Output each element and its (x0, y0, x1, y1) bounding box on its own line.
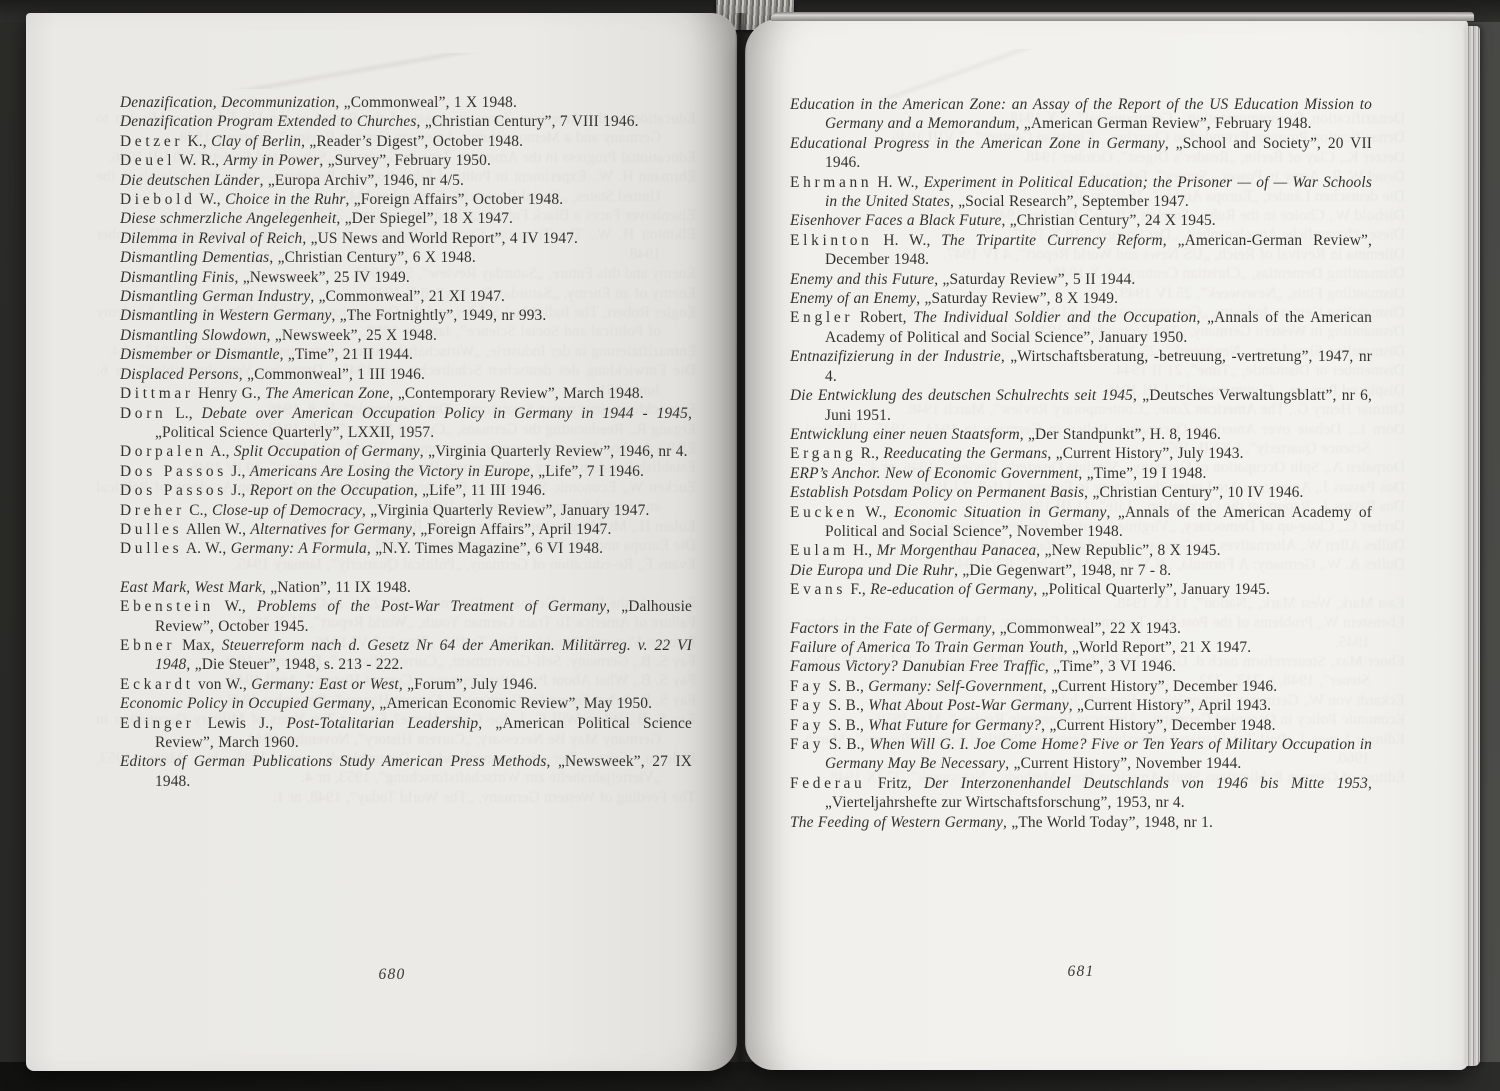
entry-source: Max, (175, 637, 221, 654)
entry-author: Engler (790, 309, 853, 326)
bib-entry: Dos Passos J., Report on the Occupation,… (120, 481, 692, 500)
bib-entry: Dulles Allen W., Alternatives for German… (120, 520, 692, 539)
bib-entry: The Feeding of Western Germany, „The Wor… (790, 813, 1372, 832)
entry-title: Germany: East or West (251, 676, 399, 693)
bib-entry: Dorpalen A., Split Occupation of Germany… (120, 442, 692, 461)
bib-entry: Fay S. B., What About Post-War Germany, … (790, 696, 1372, 715)
entry-author: Detzer (120, 133, 183, 150)
entry-title: Enemy of an Enemy (790, 290, 916, 307)
entry-title: Economic Policy in Occupied Germany (120, 695, 371, 712)
entry-author: Eucken (790, 504, 858, 521)
entry-source: , „Foreign Affairs”, April 1947. (412, 521, 612, 538)
entry-title: Mr Morgenthau Panacea (877, 542, 1037, 559)
bib-entry: Dittmar Henry G., The American Zone, „Co… (120, 384, 692, 403)
entry-title: Dismantling German Industry (120, 288, 310, 305)
entry-source: A., (207, 443, 234, 460)
entry-title: Post-Totalitarian Leadership (286, 715, 478, 732)
entry-title: Educational Progress in the American Zon… (790, 135, 1165, 152)
entry-source: , „New Republic”, 8 X 1945. (1036, 542, 1220, 559)
bibliography-column-left: Denazification, Decommunization, „Common… (120, 93, 692, 791)
entry-author: Fay (790, 678, 824, 695)
entry-source: S. B., (824, 697, 868, 714)
entry-title: Dismember or Dismantle (120, 346, 280, 363)
entry-source: S. B., (824, 717, 868, 734)
bib-entry: Editors of German Publications Study Ame… (120, 752, 692, 791)
entry-source: von W., (194, 676, 251, 693)
entry-source: , „Newsweek”, 25 X 1948. (267, 327, 437, 344)
bib-entry: Dismantling Dementias, „Christian Centur… (120, 248, 692, 267)
entry-author: Ebner (120, 637, 175, 654)
entry-source: W., (214, 598, 257, 615)
entry-source: , „Saturday Review”, 5 II 1944. (934, 271, 1135, 288)
bib-entry: Educational Progress in the American Zon… (790, 134, 1372, 173)
entry-source: , „Current History”, April 1943. (1069, 697, 1271, 714)
entry-title: Dismantling in Western Germany (120, 307, 331, 324)
entry-title: Failure of America To Train German Youth (790, 639, 1064, 656)
entry-source: S. B., (824, 678, 868, 695)
entry-title: East Mark, West Mark (120, 579, 262, 596)
entry-source: Lewis J., (195, 715, 287, 732)
bib-entry: Dismantling Finis, „Newsweek”, 25 IV 194… (120, 268, 692, 287)
entry-source: , „Social Research”, September 1947. (950, 193, 1189, 210)
entry-source: , „N.Y. Times Magazine”, 6 VI 1948. (367, 540, 603, 557)
bib-entry: Elkinton H. W., The Tripartite Currency … (790, 231, 1372, 270)
entry-source: , „Nation”, 11 IX 1948. (262, 579, 411, 596)
entry-title: Factors in the Fate of Germany (790, 620, 992, 637)
entry-author: Federau (790, 775, 865, 792)
bib-entry: Denazification, Decommunization, „Common… (120, 93, 692, 112)
book-gutter-shadow (735, 13, 747, 1071)
entry-source: , „Time”, 21 II 1944. (280, 346, 413, 363)
bib-entry: Enemy of an Enemy, „Saturday Review”, 8 … (790, 289, 1372, 308)
entry-author: Dreher (120, 502, 185, 519)
bib-entry: Dilemma in Revival of Reich, „US News an… (120, 229, 692, 248)
bib-entry: Deuel W. R., Army in Power, „Survey”, Fe… (120, 151, 692, 170)
entry-author: Dulles (120, 540, 182, 557)
bibliography-column-right: Education in the American Zone: an Assay… (790, 95, 1372, 832)
entry-title: ERP’s Anchor. New of Economic Government (790, 465, 1078, 482)
bib-entry: Ehrmann H. W., Experiment in Political E… (790, 173, 1372, 212)
bib-entry: Dismember or Dismantle, „Time”, 21 II 19… (120, 345, 692, 364)
bib-entry: Ebenstein W., Problems of the Post-War T… (120, 597, 692, 636)
entry-title: Dismantling Slowdown (120, 327, 267, 344)
entry-title: Die Europa und Die Ruhr (790, 562, 954, 579)
entry-source: Robert, (853, 309, 913, 326)
entry-source: , „Saturday Review”, 8 X 1949. (916, 290, 1118, 307)
entry-source: W., (195, 191, 225, 208)
entry-title: The Individual Soldier and the Occupatio… (913, 309, 1196, 326)
entry-title: Problems of the Post-War Treatment of Ge… (257, 598, 606, 615)
entry-source: , „Commonweal”, 1 III 1946. (239, 366, 425, 383)
bib-entry: Evans F., Re-education of Germany, „Poli… (790, 580, 1372, 599)
entry-title: Split Occupation of Germany (234, 443, 420, 460)
entry-title: Choice in the Ruhr (225, 191, 345, 208)
entry-title: Der Interzonenhandel Deutschlands von 19… (924, 775, 1368, 792)
entry-source: Henry G., (194, 385, 265, 402)
entry-source: , „Reader’s Digest”, October 1948. (301, 133, 523, 150)
bib-entry: Diese schmerzliche Angelegenheit, „Der S… (120, 209, 692, 228)
entry-title: Dilemma in Revival of Reich (120, 230, 302, 247)
bib-entry: Eckardt von W., Germany: East or West, „… (120, 675, 692, 694)
bib-entry: Dismantling Slowdown, „Newsweek”, 25 X 1… (120, 326, 692, 345)
entry-title: Entwicklung einer neuen Staatsform (790, 426, 1020, 443)
entry-author: Fay (790, 697, 824, 714)
entry-author: Ergang (790, 445, 856, 462)
entry-title: What Future for Germany? (868, 717, 1041, 734)
entry-source: , „World Report”, 21 X 1947. (1064, 639, 1252, 656)
entry-author: Eulam (790, 542, 849, 559)
bib-entry: Denazification Program Extended to Churc… (120, 112, 692, 131)
entry-source: J., (227, 463, 250, 480)
entry-title: Reeducating the Germans (883, 445, 1047, 462)
entry-title: Alternatives for Germany (250, 521, 412, 538)
entry-source: , „Christian Century”, 7 VIII 1946. (417, 113, 639, 130)
entry-title: Diese schmerzliche Angelegenheit (120, 210, 336, 227)
entry-source: , „American Economic Review”, May 1950. (371, 695, 652, 712)
entry-author: Fay (790, 717, 824, 734)
entry-author: Dorpalen (120, 443, 207, 460)
entry-author: Elkinton (790, 232, 873, 249)
bib-entry: Federau Fritz, Der Interzonenhandel Deut… (790, 774, 1372, 813)
entry-author: Evans (790, 581, 846, 598)
entry-source: , „Life”, 11 III 1946. (414, 482, 546, 499)
bib-entry: Education in the American Zone: an Assay… (790, 95, 1372, 134)
bib-entry: Factors in the Fate of Germany, „Commonw… (790, 619, 1372, 638)
bib-entry: Eulam H., Mr Morgenthau Panacea, „New Re… (790, 541, 1372, 560)
bib-entry: Ebner Max, Steuerreform nach d. Gesetz N… (120, 636, 692, 675)
entry-source: , „Survey”, February 1950. (319, 152, 491, 169)
entry-source: , „Christian Century”, 10 IV 1946. (1084, 484, 1303, 501)
bib-entry: Entnazifizierung in der Industrie, „Wirt… (790, 347, 1372, 386)
entry-source: R., (856, 445, 883, 462)
page-number-left: 680 (120, 966, 664, 984)
left-page: Education in the American Zone: an Assay… (26, 13, 737, 1071)
entry-source: , „Europa Archiv”, 1946, nr 4/5. (260, 172, 464, 189)
entry-source: , „Commonweal”, 1 X 1948. (335, 94, 517, 111)
entry-source: , „Time”, 3 VI 1946. (1045, 658, 1176, 675)
entry-author: Edinger (120, 715, 195, 732)
bib-entry: Enemy and this Future, „Saturday Review”… (790, 270, 1372, 289)
entry-source: L., (166, 405, 201, 422)
entry-title: Die deutschen Länder (120, 172, 260, 189)
entry-source: S. B., (824, 736, 869, 753)
bib-entry: Fay S. B., Germany: Self-Government, „Cu… (790, 677, 1372, 696)
entry-title: Dismantling Dementias (120, 249, 269, 266)
entry-source: , „Time”, 19 I 1948. (1078, 465, 1206, 482)
entry-author: Deuel (120, 152, 175, 169)
entry-source: , „Virginia Quarterly Review”, 1946, nr … (420, 443, 688, 460)
entry-author: Eckardt (120, 676, 194, 693)
entry-title: Displaced Persons (120, 366, 239, 383)
entry-source: H. W., (872, 174, 923, 191)
entry-author: Dittmar (120, 385, 194, 402)
entry-source: , „Political Quarterly”, January 1945. (1033, 581, 1270, 598)
entry-source: , „Commonweal”, 21 XI 1947. (310, 288, 505, 305)
bib-entry: Dulles A. W., Germany: A Formula, „N.Y. … (120, 539, 692, 558)
entry-title: Economic Situation in Germany (894, 504, 1106, 521)
entry-source: , „Life”, 7 I 1946. (530, 463, 644, 480)
entry-source: , „The World Today”, 1948, nr 1. (1003, 814, 1213, 831)
entry-author: Ehrmann (790, 174, 872, 191)
entry-source: , „US News and World Report”, 4 IV 1947. (302, 230, 578, 247)
entry-source: Fritz, (865, 775, 924, 792)
entry-author: Dos Passos (120, 482, 227, 499)
entry-source: W., (858, 504, 894, 521)
bib-entry: Fay S. B., When Will G. I. Joe Come Home… (790, 735, 1372, 774)
bib-entry: Dorn L., Debate over American Occupation… (120, 404, 692, 443)
entry-title: Army in Power (224, 152, 320, 169)
bib-entry: Dismantling in Western Germany, „The For… (120, 306, 692, 325)
bib-entry: Entwicklung einer neuen Staatsform, „Der… (790, 425, 1372, 444)
entry-source: , „Die Steuer”, 1948, s. 213 - 222. (186, 656, 403, 673)
bib-entry: Edinger Lewis J., Post-Totalitarian Lead… (120, 714, 692, 753)
entry-title: Close-up of Democracy (212, 502, 362, 519)
entry-title: Establish Potsdam Policy on Permanent Ba… (790, 484, 1084, 501)
entry-author: Ebenstein (120, 598, 214, 615)
entry-title: Debate over American Occupation Policy i… (202, 405, 688, 422)
entry-source: , „Die Gegenwart”, 1948, nr 7 - 8. (954, 562, 1171, 579)
entry-source: , „The Fortnightly”, 1949, nr 993. (331, 307, 546, 324)
entry-source: , „Contemporary Review”, March 1948. (390, 385, 644, 402)
entry-source: , „Christian Century”, 24 X 1945. (1001, 212, 1215, 229)
entry-source: , „Der Standpunkt”, H. 8, 1946. (1020, 426, 1221, 443)
bib-entry: Die deutschen Länder, „Europa Archiv”, 1… (120, 171, 692, 190)
entry-author: Dorn (120, 405, 166, 422)
bib-entry: Eucken W., Economic Situation in Germany… (790, 503, 1372, 542)
entry-title: Americans Are Losing the Victory in Euro… (250, 463, 530, 480)
bib-entry: Economic Policy in Occupied Germany, „Am… (120, 694, 692, 713)
entry-source: , „Forum”, July 1946. (399, 676, 537, 693)
entry-source: , „Current History”, December 1946. (1043, 678, 1277, 695)
entry-title: Entnazifizierung in der Industrie (790, 348, 1001, 365)
entry-title: Clay of Berlin (211, 133, 301, 150)
entry-title: The American Zone (265, 385, 389, 402)
entry-title: Denazification, Decommunization (120, 94, 335, 111)
bib-entry: Displaced Persons, „Commonweal”, 1 III 1… (120, 365, 692, 384)
bib-entry: Fay S. B., What Future for Germany?, „Cu… (790, 716, 1372, 735)
entry-title: Dismantling Finis (120, 269, 235, 286)
page-stack-fore-edge (1466, 26, 1480, 1066)
entry-title: The Feeding of Western Germany (790, 814, 1003, 831)
entry-author: Dos Passos (120, 463, 227, 480)
entry-source: , „Virginia Quarterly Review”, January 1… (362, 502, 649, 519)
entry-title: The Tripartite Currency Reform (941, 232, 1163, 249)
bib-entry: Die Entwicklung des deutschen Schulrecht… (790, 386, 1372, 425)
bib-entry: Engler Robert, The Individual Soldier an… (790, 308, 1372, 347)
entry-author: Fay (790, 736, 824, 753)
entry-source: Allen W., (182, 521, 250, 538)
bib-entry: Detzer K., Clay of Berlin, „Reader’s Dig… (120, 132, 692, 151)
entry-author: Dulles (120, 521, 182, 538)
bib-entry: ERP’s Anchor. New of Economic Government… (790, 464, 1372, 483)
entry-source: , „Newsweek”, 25 IV 1949. (235, 269, 410, 286)
entry-title: What About Post-War Germany (868, 697, 1068, 714)
bib-entry: Ergang R., Reeducating the Germans, „Cur… (790, 444, 1372, 463)
bib-entry: Eisenhover Faces a Black Future, „Christ… (790, 211, 1372, 230)
entry-title: Eisenhover Faces a Black Future (790, 212, 1001, 229)
entry-source: H., (849, 542, 877, 559)
bib-entry: Dismantling German Industry, „Commonweal… (120, 287, 692, 306)
entry-source: A. W., (182, 540, 230, 557)
entry-title: Famous Victory? Danubian Free Traffic (790, 658, 1045, 675)
bib-entry: Die Europa und Die Ruhr, „Die Gegenwart”… (790, 561, 1372, 580)
scanned-book-spread: { "document": { "type": "scanned bibliog… (0, 0, 1500, 1091)
entry-title: Germany: A Formula (231, 540, 367, 557)
entry-title: Denazification Program Extended to Churc… (120, 113, 417, 130)
entry-source: , „Christian Century”, 6 X 1948. (269, 249, 476, 266)
entry-source: F., (846, 581, 870, 598)
entry-author: Diebold (120, 191, 195, 208)
entry-title: Die Entwicklung des deutschen Schulrecht… (790, 387, 1133, 404)
entry-source: J., (227, 482, 250, 499)
paper-crease (146, 53, 566, 89)
entry-source: , „Foreign Affairs”, October 1948. (345, 191, 563, 208)
entry-source: H. W., (873, 232, 942, 249)
entry-source: W. R., (175, 152, 223, 169)
bib-entry: East Mark, West Mark, „Nation”, 11 IX 19… (120, 578, 692, 597)
entry-source: , „Der Spiegel”, 18 X 1947. (336, 210, 513, 227)
entry-title: Report on the Occupation (250, 482, 414, 499)
paper-crease (805, 49, 1105, 99)
entry-source: , „Current History”, November 1944. (1005, 755, 1241, 772)
bib-entry: Famous Victory? Danubian Free Traffic, „… (790, 657, 1372, 676)
entry-title: Germany: Self-Government (868, 678, 1043, 695)
entry-source: , „American German Review”, February 194… (1016, 115, 1312, 132)
bib-entry: Establish Potsdam Policy on Permanent Ba… (790, 483, 1372, 502)
entry-source: , „Current History”, December 1948. (1041, 717, 1275, 734)
entry-source: , „Current History”, July 1943. (1047, 445, 1243, 462)
entry-title: Re-education of Germany (870, 581, 1033, 598)
entry-source: K., (183, 133, 211, 150)
bib-entry: Failure of America To Train German Youth… (790, 638, 1372, 657)
bib-entry: Diebold W., Choice in the Ruhr, „Foreign… (120, 190, 692, 209)
page-number-right: 681 (790, 963, 1372, 981)
entry-title: Enemy and this Future (790, 271, 934, 288)
bib-entry: Dreher C., Close-up of Democracy, „Virgi… (120, 501, 692, 520)
entry-source: C., (185, 502, 212, 519)
bib-entry: Dos Passos J., Americans Are Losing the … (120, 462, 692, 481)
entry-source: , „Commonweal”, 22 X 1943. (992, 620, 1181, 637)
entry-title: Editors of German Publications Study Ame… (120, 753, 547, 770)
right-page: Denazification, Decommunization, „Common… (745, 19, 1468, 1070)
